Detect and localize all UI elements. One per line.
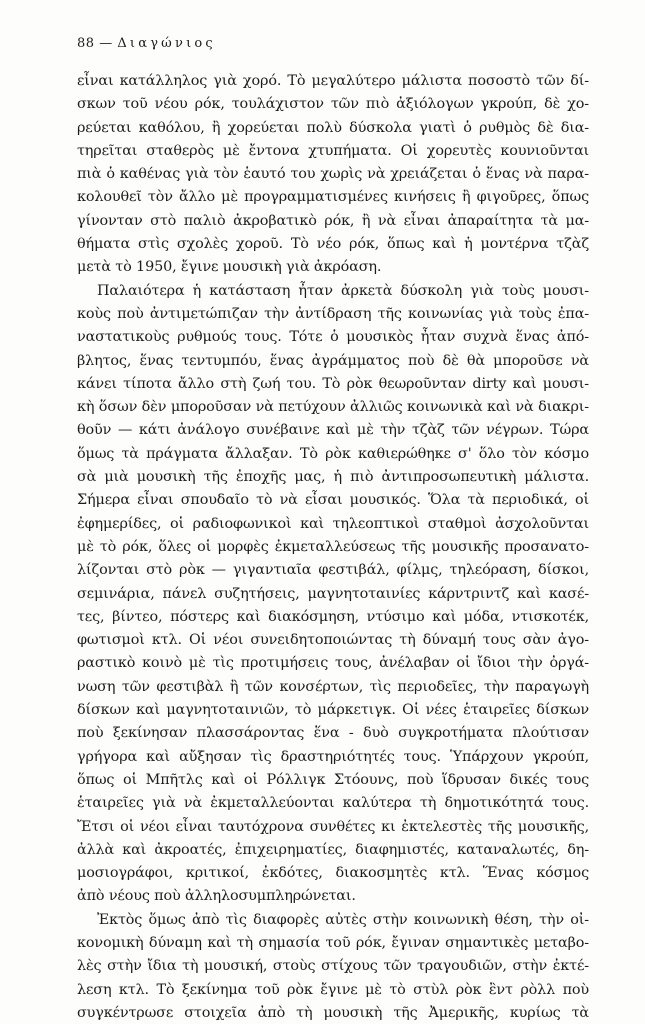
text-line: κονομικὴ δύναμη καὶ τὴ σημασία τοῦ ρόκ, … xyxy=(77,932,589,955)
text-line: λεση κτλ. Τὸ ξεκίνημα τοῦ ρὸκ ἔγινε μὲ τ… xyxy=(77,979,589,1002)
text-line: Ἐκτὸς ὅμως ἀπὸ τὶς διαφορὲς αὐτὲς στὴν κ… xyxy=(77,909,589,932)
text-line: νωση τῶν φεστιβὰλ ἢ τῶν κονσέρτων, τὶς π… xyxy=(77,676,589,699)
paragraph: εἶναι κατάλληλος γιὰ χορό. Τὸ μεγαλύτερο… xyxy=(77,70,589,280)
text-line: κολουθεῖ τὸν ἄλλο μὲ προγραμματισμένες κ… xyxy=(77,186,589,209)
header-dash: — xyxy=(99,36,113,51)
text-line: ἀπὸ νέους ποὺ ἀλληλοσυμπληρώνεται. xyxy=(77,885,589,908)
page-number: 88 xyxy=(77,36,95,51)
text-line: ἐφημερίδες, οἱ ραδιοφωνικοὶ καὶ τηλεοπτι… xyxy=(77,513,589,536)
text-line: ἑταιρεῖες γιὰ νὰ ἐκμεταλλεύονται καλύτερ… xyxy=(77,792,589,815)
body-text: εἶναι κατάλληλος γιὰ χορό. Τὸ μεγαλύτερο… xyxy=(77,70,589,1024)
text-line: ποὺ ξεκίνησαν πλασσάροντας ἕνα - δυὸ συγ… xyxy=(77,722,589,745)
text-line: ὅμως τὰ πράγματα ἄλλαξαν. Τὸ ρὸκ καθιερώ… xyxy=(77,443,589,466)
text-line: μετὰ τὸ 1950, ἔγινε μουσικὴ γιὰ ἀκρόαση. xyxy=(77,256,589,279)
paragraph: Παλαιότερα ἡ κατάσταση ἦταν ἀρκετὰ δύσκο… xyxy=(77,280,589,909)
text-line: γρήγορα καὶ αὔξησαν τὶς δραστηριότητές τ… xyxy=(77,746,589,769)
text-line: συγκέντρωσε στοιχεῖα ἀπὸ τὴ μουσικὴ τῆς … xyxy=(77,1002,589,1024)
paragraph: Ἐκτὸς ὅμως ἀπὸ τὶς διαφορὲς αὐτὲς στὴν κ… xyxy=(77,909,589,1024)
running-title: Διαγώνιος xyxy=(117,36,216,51)
text-line: γίνονταν στὸ παλιὸ ἀκροβατικὸ ρόκ, ἢ νὰ … xyxy=(77,210,589,233)
text-line: Παλαιότερα ἡ κατάσταση ἦταν ἀρκετὰ δύσκο… xyxy=(77,280,589,303)
text-line: μοσιογράφοι, κριτικοί, ἐκδότες, διακοσμη… xyxy=(77,862,589,885)
text-line: Ἔτσι οἱ νέοι εἶναι ταυτόχρονα συνθέτες κ… xyxy=(77,816,589,839)
text-line: σκων τοῦ νέου ρόκ, τουλάχιστον τῶν πιὸ ἀ… xyxy=(77,93,589,116)
text-line: Σήμερα εἶναι σπουδαῖο τὸ νὰ εἶσαι μουσικ… xyxy=(77,489,589,512)
text-line: πιὰ ὁ καθένας γιὰ τὸν ἑαυτό του χωρὶς νὰ… xyxy=(77,163,589,186)
text-line: σὰ μιὰ μουσικὴ τῆς ἐποχῆς μας, ἡ πιὸ ἀντ… xyxy=(77,466,589,489)
text-line: ραστικὸ κοινὸ μὲ τὶς προτιμήσεις τους, ἀ… xyxy=(77,652,589,675)
book-page: 88 — Διαγώνιος εἶναι κατάλληλος γιὰ χορό… xyxy=(0,0,645,1024)
text-line: θοῦν — κάτι ἀνάλογο συνέβαινε καὶ μὲ τὴν… xyxy=(77,419,589,442)
text-line: ναστατικοὺς ρυθμούς τους. Τότε ὁ μουσικὸ… xyxy=(77,326,589,349)
text-line: ρεύεται καθόλου, ἢ χορεύεται πολὺ δύσκολ… xyxy=(77,117,589,140)
text-line: λίζονται στὸ ρὸκ — γιγαντιαῖα φεστιβάλ, … xyxy=(77,559,589,582)
running-head: 88 — Διαγώνιος xyxy=(77,36,216,51)
text-line: δίσκων καὶ μαγνητοταινιῶν, τὸ μάρκετιγκ.… xyxy=(77,699,589,722)
text-line: σεμινάρια, πάνελ συζητήσεις, μαγνητοταιν… xyxy=(77,583,589,606)
text-line: θήματα στὶς σχολὲς χοροῦ. Τὸ νέο ρόκ, ὅπ… xyxy=(77,233,589,256)
text-line: κὴ ὅσων δὲν μποροῦσαν νὰ πετύχουν ἀλλιῶς… xyxy=(77,396,589,419)
text-line: εἶναι κατάλληλος γιὰ χορό. Τὸ μεγαλύτερο… xyxy=(77,70,589,93)
text-line: βλητος, ἕνας τεντυμπόυ, ἕνας ἀγράμματος … xyxy=(77,350,589,373)
text-line: τηρεῖται σταθερὸς μὲ ἔντονα χτυπήματα. Ο… xyxy=(77,140,589,163)
text-line: τες, βίντεο, πόστερς καὶ διακόσμηση, ντύ… xyxy=(77,606,589,629)
text-line: ὅπως οἱ Μπῆτλς καὶ οἱ Ρόλλιγκ Στόουνς, π… xyxy=(77,769,589,792)
text-line: μὲ τὸ ρόκ, ὅλες οἱ μορφὲς ἐκμεταλλεύσεως… xyxy=(77,536,589,559)
text-line: κοὺς ποὺ ἀντιμετώπιζαν τὴν ἀντίδραση τῆς… xyxy=(77,303,589,326)
text-line: ἀλλὰ καὶ ἀκροατές, ἐπιχειρηματίες, διαφη… xyxy=(77,839,589,862)
text-line: κάνει τίποτα ἄλλο στὴ ζωή του. Τὸ ρὸκ θε… xyxy=(77,373,589,396)
text-line: φωτισμοὶ κτλ. Οἱ νέοι συνειδητοποιώντας … xyxy=(77,629,589,652)
text-line: λὲς στὴν ἴδια τὴ μουσική, στοὺς στίχους … xyxy=(77,955,589,978)
